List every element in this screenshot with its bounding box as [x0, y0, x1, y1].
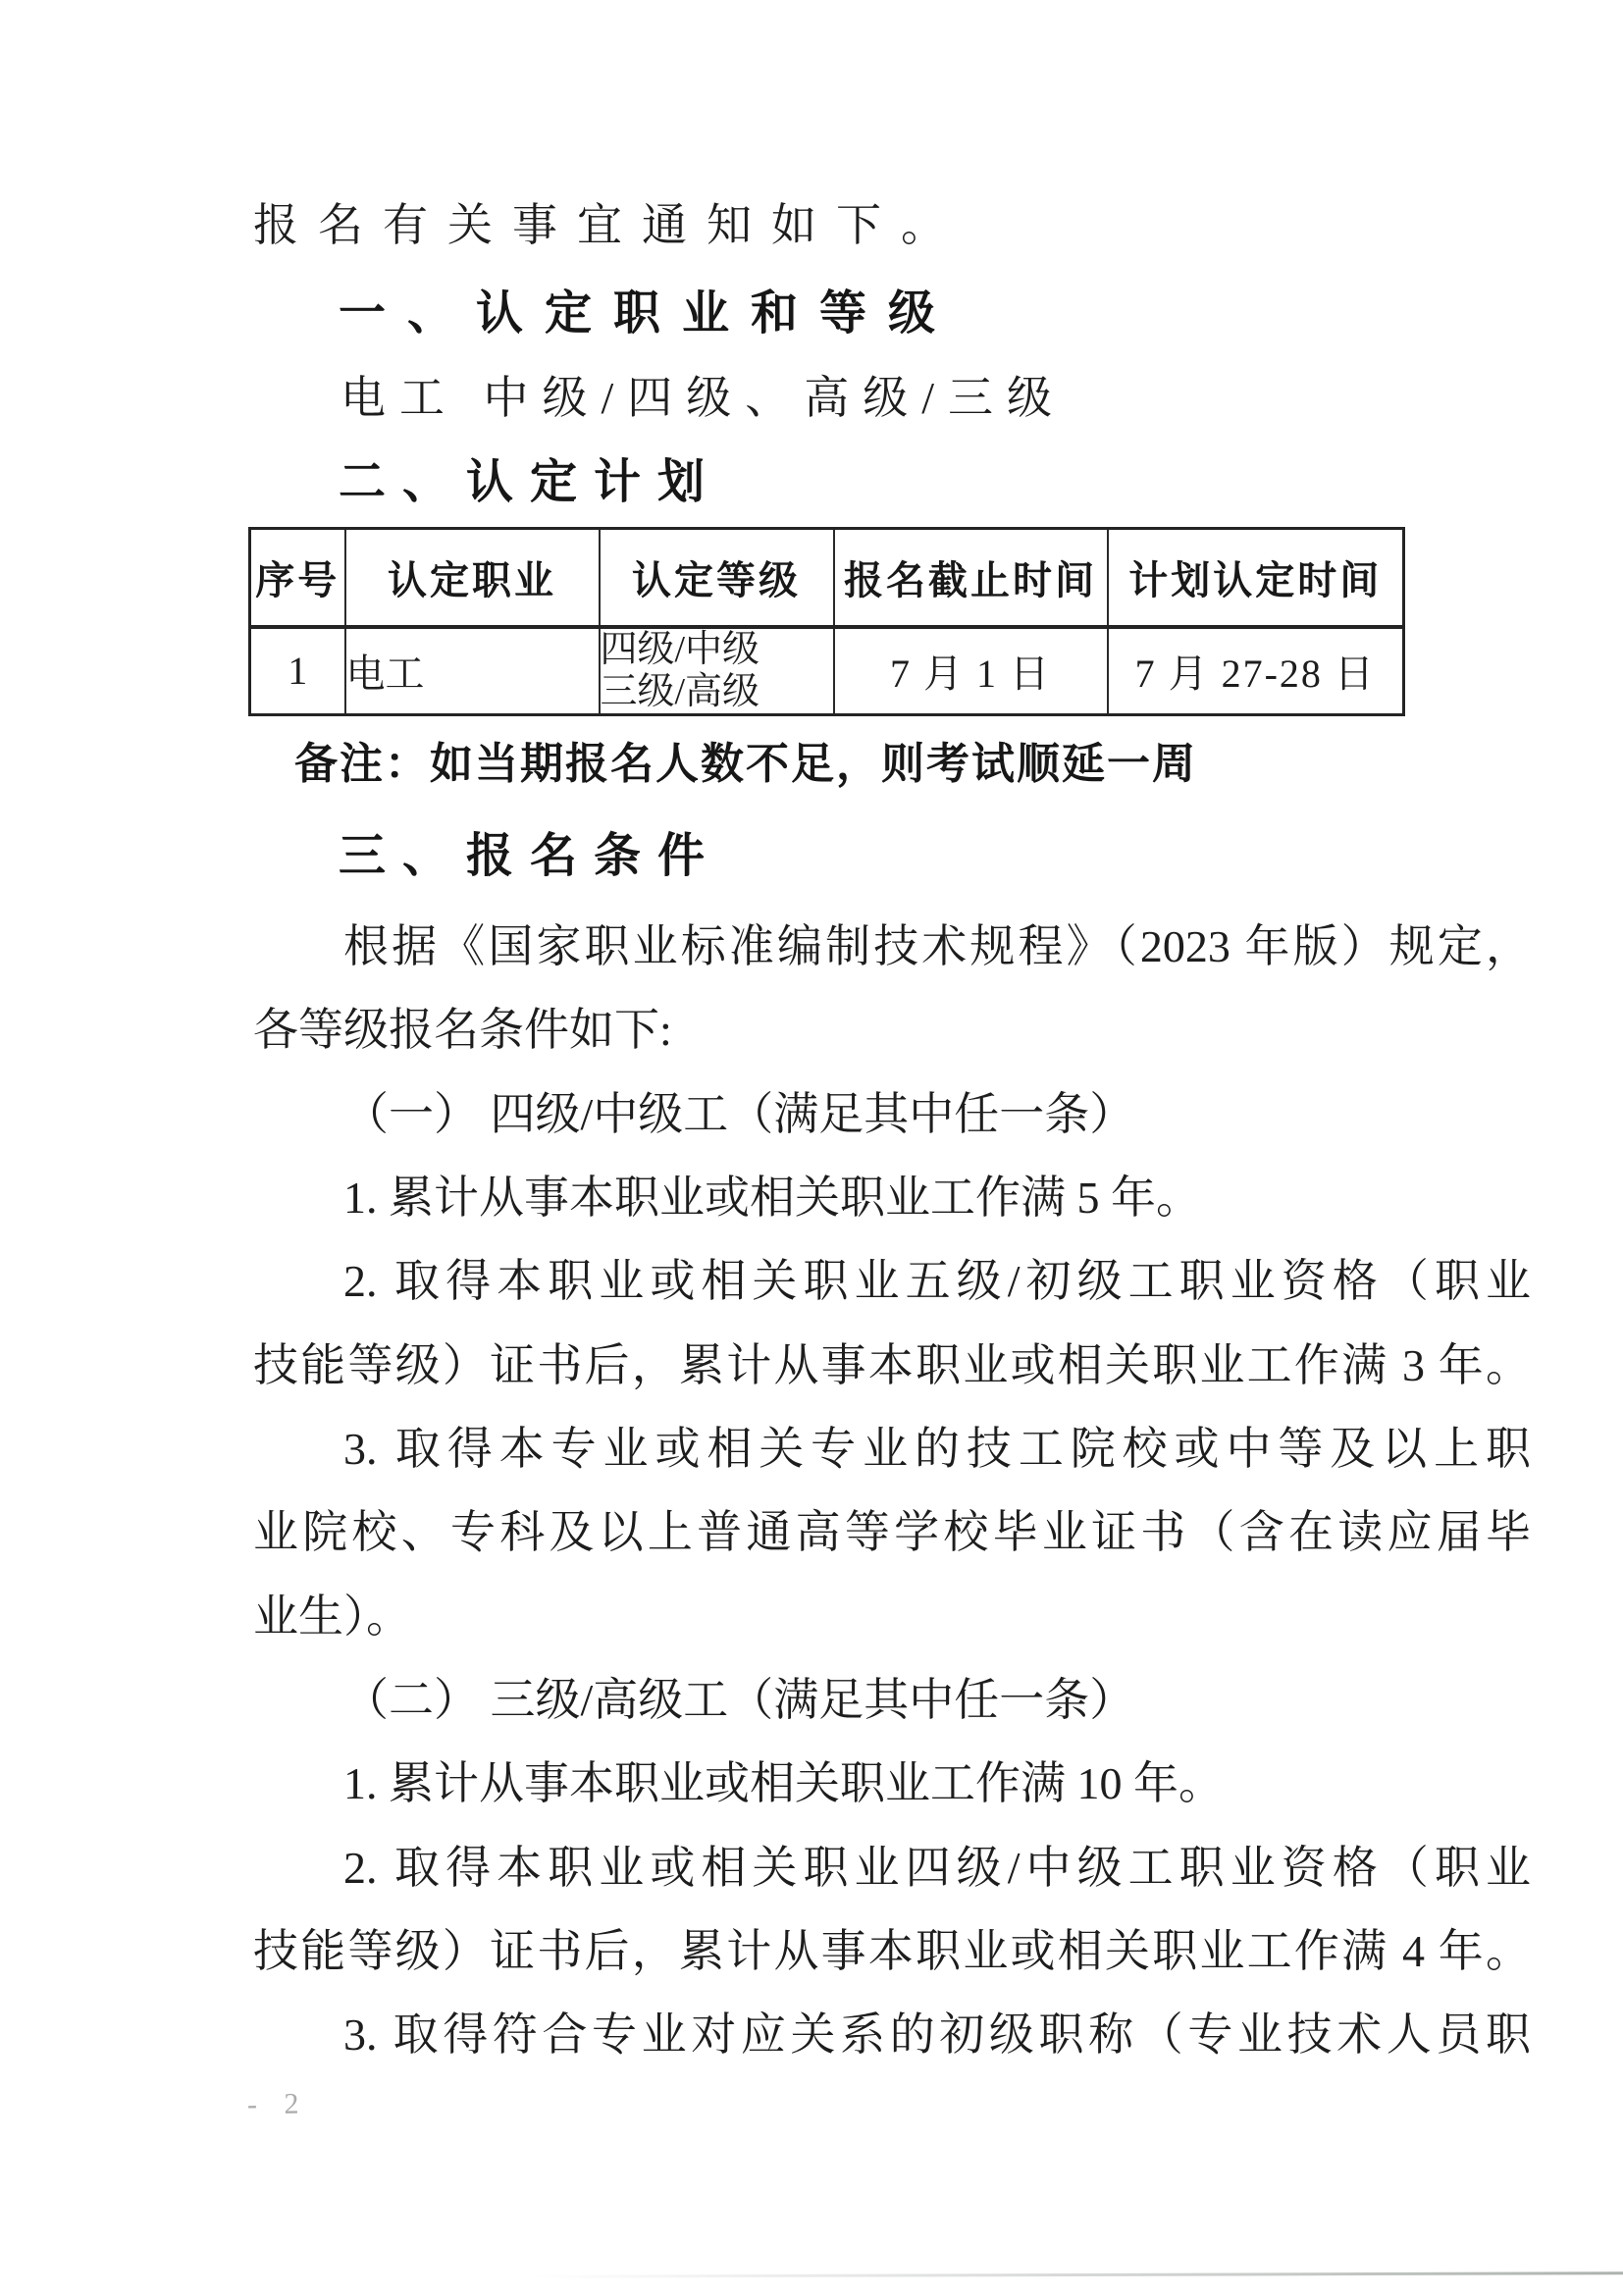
col-header-planned-date: 计划认定时间: [1108, 529, 1404, 627]
cell-levels: 四级/中级 三级/高级: [600, 627, 834, 715]
cell-level-line1: 四级/中级: [601, 629, 833, 671]
sub1-item3-line3: 业生）。: [253, 1574, 1531, 1660]
cell-planned-date: 7 月 27-28 日: [1108, 627, 1404, 715]
table-note-line: 备注：如当期报名人数不足，则考试顺延一周: [294, 721, 1572, 808]
sub2-title: （二） 三级/高级工（满足其中任一条）: [253, 1657, 1531, 1744]
sub2-item1: 1. 累计从事本职业或相关职业工作满 10 年。: [253, 1741, 1531, 1827]
col-header-level: 认定等级: [600, 529, 834, 627]
col-header-deadline: 报名截止时间: [834, 529, 1108, 627]
sub2-item3-line1: 3. 取得符合专业对应关系的初级职称（专业技术人员职: [253, 1992, 1531, 2078]
plan-table-row: 1 电工 四级/中级 三级/高级 7 月 1 日 7 月 27-28 日: [250, 627, 1404, 715]
occupation-grade-line: 电工 中级/四级、高级/三级: [340, 355, 1618, 442]
plan-table-header-row: 序号 认定职业 认定等级 报名截止时间 计划认定时间: [250, 529, 1404, 627]
sub1-item3-line1: 3. 取得本专业或相关专业的技工院校或中等及以上职: [253, 1406, 1531, 1492]
sub1-item2-line2: 技能等级）证书后，累计从事本职业或相关职业工作满 3 年。: [253, 1323, 1531, 1409]
sub1-item1: 1. 累计从事本职业或相关职业工作满 5 年。: [253, 1155, 1531, 1241]
document-page: 报名有关事宜通知如下。 一、认定职业和等级 电工 中级/四级、高级/三级 二、认…: [0, 0, 1623, 2296]
scan-artifact-line: [530, 2271, 1623, 2277]
col-header-occupation: 认定职业: [345, 529, 600, 627]
section1-heading: 一、认定职业和等级: [339, 271, 1616, 357]
cell-level-line2: 三级/高级: [601, 671, 833, 713]
sub2-item2-line1: 2. 取得本职业或相关职业四级/中级工职业资格（职业: [253, 1825, 1531, 1911]
sub1-item2-line1: 2. 取得本职业或相关职业五级/初级工职业资格（职业: [253, 1238, 1531, 1325]
page-number-mark: - 2: [247, 2087, 309, 2121]
paragraph-basis-line2: 各等级报名条件如下:: [253, 987, 1531, 1073]
plan-table: 序号 认定职业 认定等级 报名截止时间 计划认定时间 1 电工 四级/中级 三级…: [248, 527, 1405, 716]
sub2-item2-line2: 技能等级）证书后，累计从事本职业或相关职业工作满 4 年。: [253, 1908, 1531, 1995]
sub1-item3-line2: 业院校、专科及以上普通高等学校毕业证书（含在读应届毕: [253, 1489, 1531, 1576]
col-header-index: 序号: [250, 529, 345, 627]
paragraph-basis-line1: 根据《国家职业标准编制技术规程》（2023 年版）规定，: [253, 904, 1531, 990]
sub1-title: （一） 四级/中级工（满足其中任一条）: [253, 1071, 1531, 1158]
intro-line: 报名有关事宜通知如下。: [253, 183, 1531, 269]
section2-heading: 二、认定计划: [339, 440, 1616, 526]
cell-deadline: 7 月 1 日: [834, 627, 1108, 715]
section3-heading: 三、报名条件: [339, 813, 1616, 900]
cell-index: 1: [250, 627, 345, 715]
cell-occupation: 电工: [345, 627, 600, 715]
